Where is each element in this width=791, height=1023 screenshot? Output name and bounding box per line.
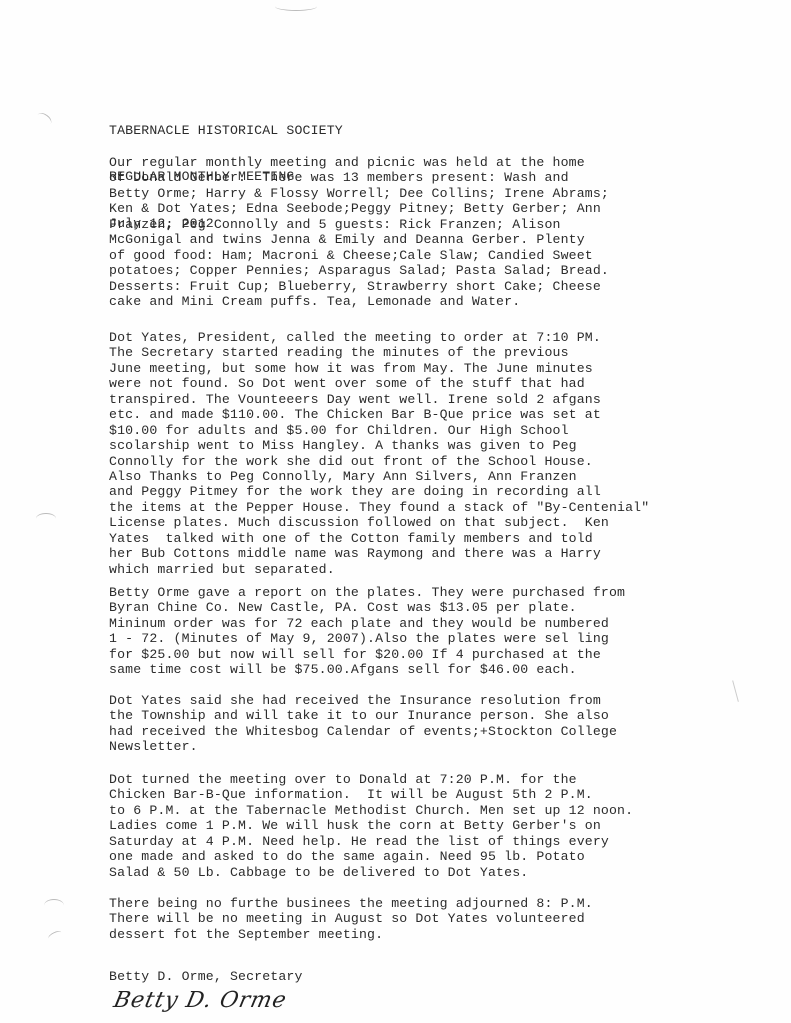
text-line: transpired. The Vounteeers Day went well… xyxy=(109,392,649,407)
text-line: McGonigal and twins Jenna & Emily and De… xyxy=(109,232,609,247)
text-line: Ken & Dot Yates; Edna Seebode;Peggy Pitn… xyxy=(109,201,609,216)
text-line: Desserts: Fruit Cup; Blueberry, Strawber… xyxy=(109,279,609,294)
text-line: Mininum order was for 72 each plate and … xyxy=(109,616,625,631)
text-line: of Donald Gerber. There was 13 members p… xyxy=(109,170,609,185)
paragraph-adjournment: There being no furthe businees the meeti… xyxy=(109,896,593,942)
text-line: Betty Orme gave a report on the plates. … xyxy=(109,585,625,600)
text-line: and Peggy Pitmey for the work they are d… xyxy=(109,484,649,499)
paragraph-call-to-order: Dot Yates, President, called the meeting… xyxy=(109,330,649,577)
scan-artifact-mark xyxy=(47,929,63,941)
text-line: Saturday at 4 P.M. Need help. He read th… xyxy=(109,834,633,849)
hole-punch-mark xyxy=(44,899,64,912)
text-line: 1 - 72. (Minutes of May 9, 2007).Also th… xyxy=(109,631,625,646)
organization-name: TABERNACLE HISTORICAL SOCIETY xyxy=(109,123,343,138)
text-line: $10.00 for adults and $5.00 for Children… xyxy=(109,423,649,438)
text-line: Our regular monthly meeting and picnic w… xyxy=(109,155,609,170)
text-line: same time cost will be $75.00.Afgans sel… xyxy=(109,662,625,677)
text-line: The Secretary started reading the minute… xyxy=(109,345,649,360)
text-line: Ladies come 1 P.M. We will husk the corn… xyxy=(109,818,633,833)
scanned-page: TABERNACLE HISTORICAL SOCIETY REGULAR MO… xyxy=(0,0,791,1023)
paragraph-attendance: Our regular monthly meeting and picnic w… xyxy=(109,155,609,309)
paragraph-insurance: Dot Yates said she had received the Insu… xyxy=(109,693,617,755)
paragraph-bbq-info: Dot turned the meeting over to Donald at… xyxy=(109,772,633,880)
scan-artifact-mark xyxy=(34,110,53,128)
text-line: potatoes; Copper Pennies; Asparagus Sala… xyxy=(109,263,609,278)
closing-line: Betty D. Orme, Secretary xyxy=(109,969,303,984)
text-line: cake and Mini Cream puffs. Tea, Lemonade… xyxy=(109,294,609,309)
text-line: Chicken Bar-B-Que information. It will b… xyxy=(109,787,633,802)
text-line: Dot Yates, President, called the meeting… xyxy=(109,330,649,345)
text-line: dessert fot the September meeting. xyxy=(109,927,593,942)
text-line: the Township and will take it to our Inu… xyxy=(109,708,617,723)
scan-artifact-mark xyxy=(275,2,317,11)
paragraph-plates-report: Betty Orme gave a report on the plates. … xyxy=(109,585,625,678)
hole-punch-mark xyxy=(36,513,56,524)
text-line: to 6 P.M. at the Tabernacle Methodist Ch… xyxy=(109,803,633,818)
text-line: one made and asked to do the same again.… xyxy=(109,849,633,864)
text-line: Connolly for the work she did out front … xyxy=(109,454,649,469)
text-line: had received the Whitesbog Calendar of e… xyxy=(109,724,617,739)
text-line: There will be no meeting in August so Do… xyxy=(109,911,593,926)
text-line: the items at the Pepper House. They foun… xyxy=(109,500,649,515)
text-line: June meeting, but some how it was from M… xyxy=(109,361,649,376)
text-line: of good food: Ham; Macroni & Cheese;Cale… xyxy=(109,248,609,263)
text-line: for $25.00 but now will sell for $20.00 … xyxy=(109,647,625,662)
text-line: Also Thanks to Peg Connolly, Mary Ann Si… xyxy=(109,469,649,484)
text-line: There being no furthe businees the meeti… xyxy=(109,896,593,911)
text-line: Betty Orme; Harry & Flossy Worrell; Dee … xyxy=(109,186,609,201)
text-line: which married but separated. xyxy=(109,562,649,577)
text-line: Dot Yates said she had received the Insu… xyxy=(109,693,617,708)
text-line: Newsletter. xyxy=(109,739,617,754)
text-line: her Bub Cottons middle name was Raymong … xyxy=(109,546,649,561)
text-line: etc. and made $110.00. The Chicken Bar B… xyxy=(109,407,649,422)
text-line: Salad & 50 Lb. Cabbage to be delivered t… xyxy=(109,865,633,880)
text-line: were not found. So Dot went over some of… xyxy=(109,376,649,391)
text-line: Yates talked with one of the Cotton fami… xyxy=(109,531,649,546)
handwritten-signature: Betty D. Orme xyxy=(111,988,289,1013)
scan-artifact-mark xyxy=(732,680,740,702)
text-line: scolarship went to Miss Hangley. A thank… xyxy=(109,438,649,453)
text-line: Byran Chine Co. New Castle, PA. Cost was… xyxy=(109,600,625,615)
text-line: Franzen; Peg Connolly and 5 guests: Rick… xyxy=(109,217,609,232)
text-line: Dot turned the meeting over to Donald at… xyxy=(109,772,633,787)
text-line: License plates. Much discussion followed… xyxy=(109,515,649,530)
